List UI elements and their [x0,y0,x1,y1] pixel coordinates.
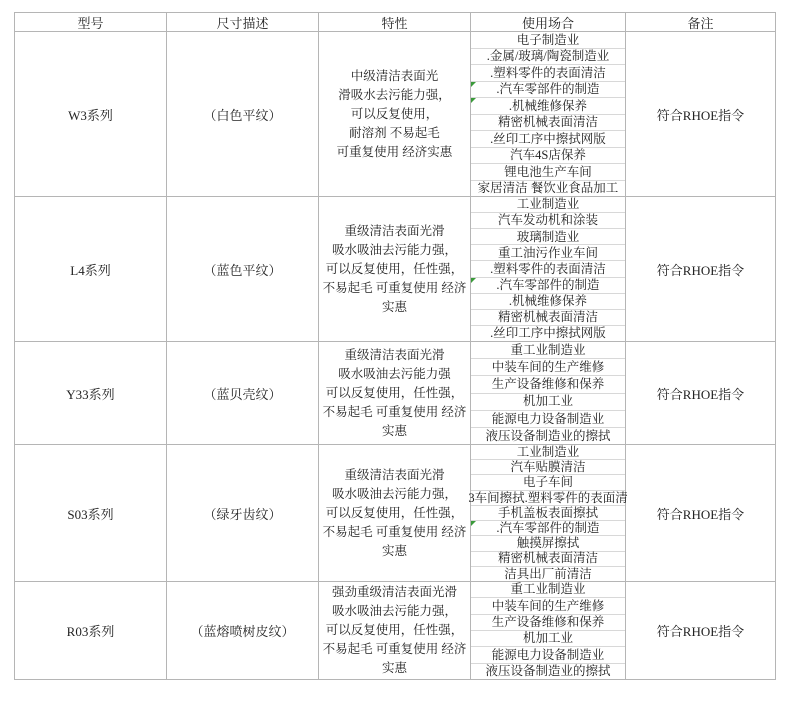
usage-item[interactable]: 手机盖板表面擦拭 [471,506,625,521]
features-cell[interactable]: 重级清洁表面光滑 吸水吸油去污能力强 可以反复使用，任性强， 不易起毛 可重复使… [319,342,471,444]
size-cell[interactable]: （蓝色平纹） [167,197,319,341]
usage-item[interactable]: 液压设备制造业的擦拭 [471,428,625,444]
header-note[interactable]: 备注 [626,13,775,31]
usage-item[interactable]: 汽车4S店保养 [471,148,625,165]
usage-item-text: 生产设备维修和保养 [492,378,605,391]
size-text: （蓝贝壳纹） [203,384,281,403]
features-cell[interactable]: 强劲重级清洁表面光滑 吸水吸油去污能力强， 可以反复使用，任性强， 不易起毛 可… [319,582,471,679]
usage-item[interactable]: 液压设备制造业的擦拭 [471,664,625,679]
usage-item[interactable]: 触摸屏擦拭 [471,536,625,551]
usage-item-text: .丝印工序中擦拭网版 [490,133,606,146]
usage-item[interactable]: 汽车发动机和涂装 [471,213,625,229]
usage-item[interactable]: 锂电池生产车间 [471,164,625,181]
note-cell[interactable]: 符合RHOE指令 [626,582,775,679]
usage-item[interactable]: 机加工业 [471,631,625,647]
usage-item-text: .塑料零件的表面清洁 [490,67,606,80]
usage-item[interactable]: .丝印工序中擦拭网版 [471,131,625,148]
usage-item-text: 家居清洁 餐饮业食品加工 [478,182,619,195]
usage-item-text: 精密机械表面清洁 [498,116,598,129]
note-cell[interactable]: 符合RHOE指令 [626,342,775,444]
usage-item[interactable]: 能源电力设备制造业 [471,647,625,663]
usage-cell: 电子制造业 .金属/玻璃/陶瓷制造业 .塑料零件的表面清洁 .汽车零部件的制造 … [471,32,626,196]
usage-cell: 重工业制造业 中装车间的生产维修 生产设备维修和保养 机加工业 能源电力设备制造… [471,582,626,679]
usage-item-text: 液压设备制造业的擦拭 [485,430,610,443]
usage-item[interactable]: 工业制造业 [471,197,625,213]
usage-item-text: 精密机械表面清洁 [498,311,598,324]
table-row-s03: S03系列 （绿牙齿纹） 重级清洁表面光滑 吸水吸油去污能力强， 可以反复使用，… [15,445,775,582]
model-cell[interactable]: S03系列 [15,445,167,581]
error-flag-icon [471,278,476,283]
note-cell[interactable]: 符合RHOE指令 [626,445,775,581]
table-row-w3: W3系列 （白色平纹） 中级清洁表面光 滑吸水去污能力强， 可以反复使用， 耐溶… [15,32,775,197]
usage-cell: 工业制造业 汽车发动机和涂装 玻璃制造业 重工油污作业车间 .塑料零件的表面清洁 [471,197,626,341]
header-usage[interactable]: 使用场合 [471,13,626,31]
usage-item[interactable]: .塑料零件的表面清洁 [471,261,625,277]
usage-item[interactable]: .丝印工序中擦拭网版 [471,326,625,341]
header-features[interactable]: 特性 [319,13,471,31]
usage-item-text: .金属/玻璃/陶瓷制造业 [487,50,610,63]
usage-item-text: .丝印工序中擦拭网版 [490,327,606,340]
usage-item[interactable]: .机械维修保养 [471,98,625,115]
usage-item[interactable]: .金属/玻璃/陶瓷制造业 [471,49,625,66]
features-text: 重级清洁表面光滑 吸水吸油去污能力强， 可以反复使用，任性强， 不易起毛 可重复… [323,222,467,317]
usage-item-text: 中装车间的生产维修 [492,361,605,374]
table-header-row: 型号 尺寸描述 特性 使用场合 备注 [15,13,775,32]
table-row-y33: Y33系列 （蓝贝壳纹） 重级清洁表面光滑 吸水吸油去污能力强 可以反复使用，任… [15,342,775,445]
usage-item[interactable]: .汽车零部件的制造 [471,278,625,294]
usage-item-text: 工业制造业 [517,446,580,459]
usage-item-text: 液压设备制造业的擦拭 [485,665,610,678]
header-model[interactable]: 型号 [15,13,167,31]
size-text: （白色平纹） [203,105,281,124]
usage-item-text: 生产设备维修和保养 [492,616,605,629]
product-table: 型号 尺寸描述 特性 使用场合 备注 W3系列 （白色平纹） 中级清洁表面光 滑… [14,12,776,680]
usage-item[interactable]: 精密机械表面清洁 [471,552,625,567]
usage-item[interactable]: 生产设备维修和保养 [471,376,625,393]
table-row-l4: L4系列 （蓝色平纹） 重级清洁表面光滑 吸水吸油去污能力强， 可以反复使用，任… [15,197,775,342]
features-text: 重级清洁表面光滑 吸水吸油去污能力强， 可以反复使用，任性强， 不易起毛 可重复… [323,466,467,561]
usage-item-text: .机械维修保养 [509,100,587,113]
model-cell[interactable]: W3系列 [15,32,167,196]
usage-item[interactable]: .汽车零部件的制造 [471,521,625,536]
usage-item[interactable]: 电子制造业 [471,32,625,49]
usage-item-text: 汽车贴膜清洁 [510,461,585,474]
usage-cell: 工业制造业 汽车贴膜清洁 电子车间 3车间擦拭.塑料零件的表面清 手机盖板表面擦… [471,445,626,581]
usage-item[interactable]: 汽车贴膜清洁 [471,460,625,475]
table-row-r03: R03系列 （蓝熔喷树皮纹） 强劲重级清洁表面光滑 吸水吸油去污能力强， 可以反… [15,582,775,679]
features-cell[interactable]: 重级清洁表面光滑 吸水吸油去污能力强， 可以反复使用，任性强， 不易起毛 可重复… [319,197,471,341]
model-text: R03系列 [67,621,115,640]
usage-item-text: 重工业制造业 [510,344,585,357]
usage-item[interactable]: 中装车间的生产维修 [471,598,625,614]
size-cell[interactable]: （绿牙齿纹） [167,445,319,581]
usage-item[interactable]: 能源电力设备制造业 [471,411,625,428]
size-text: （蓝色平纹） [203,260,281,279]
model-text: Y33系列 [66,384,114,403]
usage-item-text: 汽车4S店保养 [510,149,586,162]
usage-item-text: 汽车发动机和涂装 [498,214,598,227]
note-text: 符合RHOE指令 [657,260,744,279]
note-text: 符合RHOE指令 [657,384,744,403]
usage-item[interactable]: 精密机械表面清洁 [471,115,625,132]
usage-item-text: 工业制造业 [517,198,580,211]
usage-item[interactable]: .机械维修保养 [471,294,625,310]
usage-item[interactable]: 电子车间 [471,475,625,490]
usage-item[interactable]: .汽车零部件的制造 [471,82,625,99]
size-cell[interactable]: （白色平纹） [167,32,319,196]
usage-item[interactable]: 生产设备维修和保养 [471,615,625,631]
usage-item-text: .塑料零件的表面清洁 [490,263,606,276]
usage-item-text: 中装车间的生产维修 [492,600,605,613]
usage-item[interactable]: 玻璃制造业 [471,229,625,245]
model-cell[interactable]: R03系列 [15,582,167,679]
usage-item[interactable]: 重工油污作业车间 [471,245,625,261]
usage-item-text: 触摸屏擦拭 [517,537,580,550]
size-text: （绿牙齿纹） [203,504,281,523]
features-text: 中级清洁表面光 滑吸水去污能力强， 可以反复使用， 耐溶剂 不易起毛 可重复使用… [337,67,453,162]
model-cell[interactable]: Y33系列 [15,342,167,444]
usage-item[interactable]: 3车间擦拭.塑料零件的表面清 [471,491,625,506]
error-flag-icon [471,521,476,526]
usage-item[interactable]: 洁具出厂前清洁 [471,567,625,581]
usage-item-text: 能源电力设备制造业 [492,649,605,662]
usage-item-text: .汽车零部件的制造 [496,522,599,535]
usage-item-text: 玻璃制造业 [517,231,580,244]
features-cell[interactable]: 重级清洁表面光滑 吸水吸油去污能力强， 可以反复使用，任性强， 不易起毛 可重复… [319,445,471,581]
spreadsheet-page: 型号 尺寸描述 特性 使用场合 备注 W3系列 （白色平纹） 中级清洁表面光 滑… [0,0,790,701]
note-cell[interactable]: 符合RHOE指令 [626,32,775,196]
usage-item[interactable]: 工业制造业 [471,445,625,460]
usage-cell: 重工业制造业 中装车间的生产维修 生产设备维修和保养 机加工业 能源电力设备制造… [471,342,626,444]
error-flag-icon [471,98,476,103]
usage-item-text: 精密机械表面清洁 [498,552,598,565]
usage-item[interactable]: 重工业制造业 [471,342,625,359]
model-text: S03系列 [67,504,113,523]
usage-item-text: 机加工业 [523,632,573,645]
model-text: W3系列 [68,105,113,124]
usage-item[interactable]: 机加工业 [471,394,625,411]
usage-item-text: .汽车零部件的制造 [496,83,599,96]
model-cell[interactable]: L4系列 [15,197,167,341]
usage-item[interactable]: 精密机械表面清洁 [471,310,625,326]
usage-item-text: 重工业制造业 [510,583,585,596]
usage-item-text: 能源电力设备制造业 [492,413,605,426]
size-cell[interactable]: （蓝贝壳纹） [167,342,319,444]
note-cell[interactable]: 符合RHOE指令 [626,197,775,341]
usage-item[interactable]: 重工业制造业 [471,582,625,598]
header-size[interactable]: 尺寸描述 [167,13,319,31]
usage-item-text: 电子制造业 [517,34,580,47]
usage-item-text: 手机盖板表面擦拭 [498,507,598,520]
usage-item-text: .机械维修保养 [509,295,587,308]
usage-item-text: 电子车间 [523,476,573,489]
features-cell[interactable]: 中级清洁表面光 滑吸水去污能力强， 可以反复使用， 耐溶剂 不易起毛 可重复使用… [319,32,471,196]
size-cell[interactable]: （蓝熔喷树皮纹） [167,582,319,679]
note-text: 符合RHOE指令 [657,105,744,124]
usage-item-text: .汽车零部件的制造 [496,279,599,292]
usage-item[interactable]: 中装车间的生产维修 [471,359,625,376]
usage-item-text: 锂电池生产车间 [504,166,592,179]
note-text: 符合RHOE指令 [657,504,744,523]
error-flag-icon [471,82,476,87]
features-text: 重级清洁表面光滑 吸水吸油去污能力强 可以反复使用，任性强， 不易起毛 可重复使… [323,346,467,441]
usage-item-text: 3车间擦拭.塑料零件的表面清 [468,492,627,505]
usage-item-text: 机加工业 [523,395,573,408]
usage-item[interactable]: .塑料零件的表面清洁 [471,65,625,82]
usage-item[interactable]: 家居清洁 餐饮业食品加工 [471,181,625,197]
size-text: （蓝熔喷树皮纹） [190,621,294,640]
note-text: 符合RHOE指令 [657,621,744,640]
features-text: 强劲重级清洁表面光滑 吸水吸油去污能力强， 可以反复使用，任性强， 不易起毛 可… [323,583,467,678]
usage-item-text: 重工油污作业车间 [498,247,598,260]
usage-item-text: 洁具出厂前清洁 [504,568,592,581]
model-text: L4系列 [70,260,110,279]
